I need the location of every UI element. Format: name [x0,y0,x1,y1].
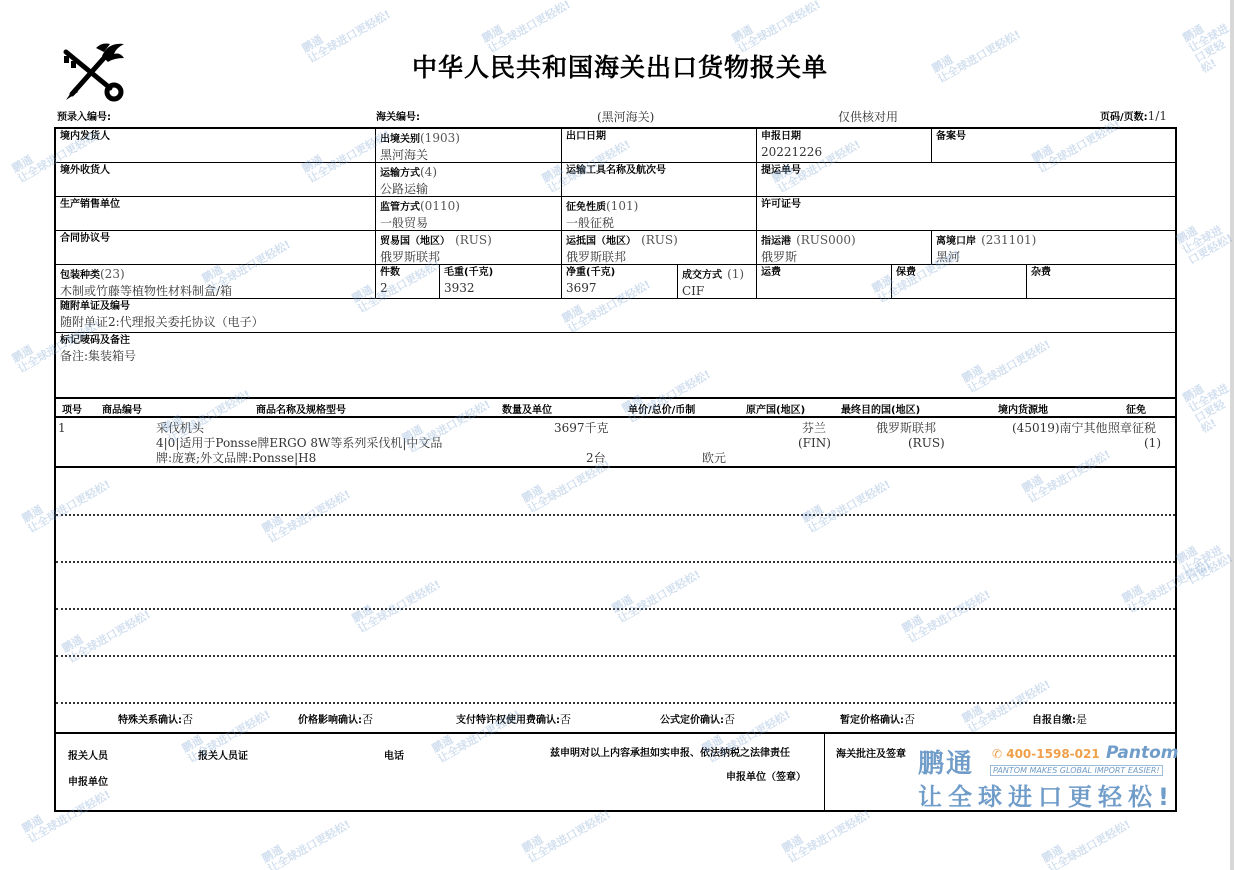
customs-number: 海关编号: [376,108,420,123]
brand-cn-name: 鹏通 [918,743,974,780]
watermark: 鹏通让全球进口更轻松! [1181,12,1234,76]
insurance-cell: 保费 [892,265,1027,299]
goods-name: 采伐机头 [156,421,204,436]
empty-row-divider [56,514,1175,516]
currency: 欧元 [702,451,726,466]
brand-tagline: PANTOM MAKES GLOBAL IMPORT EASIER! [990,765,1163,776]
supervision-cell: 监管方式(0110) 一般贸易 [376,197,562,231]
col-source: 境内货源地 [998,401,1048,416]
empty-row-divider [56,702,1175,704]
col-levy: 征免 [1126,401,1146,416]
brand-slogan: 让全球进口更轻松! [918,777,1175,812]
gross-weight-cell: 毛重(千克) 3932 [440,265,562,299]
brand-phone: ✆ 400-1598-021 [992,747,1100,761]
transport-name-cell: 运输工具名称及航次号 [562,163,757,197]
dest-country-cell: 运抵国（地区） (RUS) 俄罗斯联邦 [562,231,757,265]
col-name-spec: 商品名称及规格型号 [256,401,346,416]
origin-code: (FIN) [798,436,831,451]
customs-emblem-icon [58,38,128,102]
empty-row-divider [56,608,1175,610]
license-no-cell: 许可证号 [757,197,1175,231]
origin: 芬兰 [802,421,826,436]
confirm-self-pay: 自报自缴:是 [1032,711,1087,727]
col-item-no: 项号 [62,401,82,416]
exit-customs-cell: 出境关别(1903) 黑河海关 [376,129,562,163]
deal-mode-cell: 成交方式 (1) CIF [678,265,757,299]
transport-mode-cell: 运输方式(4) 公路运输 [376,163,562,197]
final-dest-code: (RUS) [908,436,945,451]
attached-docs-cell: 随附单证及编号 随附单证2:代理报关委托协议（电子） [56,299,1175,333]
table-header-divider [56,416,1175,418]
net-weight-cell: 净重(千克) 3697 [562,265,678,299]
confirm-royalty: 支付特许权使用费确认:否 [456,711,571,727]
item-no: 1 [58,421,66,436]
goods-spec-line2: 牌:庞赛;外文品牌:Ponsse|H8 [156,451,316,466]
empty-row-divider [56,655,1175,657]
export-date-cell: 出口日期 [562,129,757,163]
marks-cell: 标记唛码及备注 备注:集装箱号 [56,333,1175,399]
declarant-unit-label: 申报单位 [68,773,108,788]
overseas-consignee-cell: 境外收货人 [56,163,376,197]
pieces-cell: 件数 2 [376,265,440,299]
watermark: 鹏通让全球进口更轻松! [1175,209,1234,267]
pre-entry-number: 预录入编号: [57,108,111,123]
levy-code: (1) [1144,436,1161,451]
col-price: 单价/总价/币制 [628,401,695,416]
declaration-form: 境内发货人 出境关别(1903) 黑河海关 出口日期 申报日期 20221226… [54,127,1177,812]
dest-port-cell: 指运港 (RUS000) 俄罗斯 [757,231,932,265]
row-divider [56,466,1175,468]
col-hs-code: 商品编号 [102,401,142,416]
levy: 照章征税 [1108,421,1156,436]
col-final-dest: 最终目的国(地区) [841,401,920,416]
col-quantity: 数量及单位 [502,401,552,416]
source: (45019)南宁其他 [1012,421,1108,436]
confirm-special-relation: 特殊关系确认:否 [118,711,193,727]
confirm-formula-pricing: 公式定价确认:否 [660,711,735,727]
declare-date-cell: 申报日期 20221226 [757,129,932,163]
watermark: 鹏通让全球进口更轻松! [1175,529,1234,587]
phone-icon: ✆ [992,747,1006,761]
record-no-cell: 备案号 [932,129,1175,163]
producer-cell: 生产销售单位 [56,197,376,231]
misc-fee-cell: 杂费 [1027,265,1175,299]
contract-no-cell: 合同协议号 [56,231,376,265]
trade-country-cell: 贸易国（地区） (RUS) 俄罗斯联邦 [376,231,562,265]
empty-row-divider [56,561,1175,563]
col-origin: 原产国(地区) [746,401,805,416]
customs-office: (黑河海关) [597,108,654,125]
customs-note-label: 海关批注及签章 [836,745,906,760]
brand-en-name: Pantom [1106,743,1178,763]
watermark: 鹏通让全球进口更轻松! [1181,372,1234,436]
broker-cert-label: 报关人员证 [198,747,248,762]
watermark: 鹏通让全球进口更轻松! [930,18,1023,85]
freight-cell: 运费 [757,265,892,299]
page-edge [1230,0,1234,870]
watermark: 鹏通让全球进口更轻松! [260,808,353,870]
statement: 兹申明对以上内容承担如实申报、依法纳税之法律责任 [550,744,790,759]
pantom-brand-stamp: 鹏通 ✆ 400-1598-021 Pantom PANTOM MAKES GL… [918,743,1178,813]
confirm-provisional-price: 暂定价格确认:否 [840,711,915,727]
broker-label: 报关人员 [68,747,108,762]
domestic-shipper-cell: 境内发货人 [56,129,376,163]
quantity-2: 2台 [586,451,606,466]
quantity-1: 3697千克 [554,421,609,436]
levy-nature-cell: 征免性质(101) 一般征税 [562,197,757,231]
goods-spec-line1: 4|0|适用于Ponsse牌ERGO 8W等系列采伐机|中文品 [156,436,442,451]
page-number: 页码/页数:1/1 [1100,108,1167,123]
declarant-seal-label: 申报单位（签章） [726,768,806,783]
package-type-cell: 包装种类(23) 木制或竹藤等植物性材料制盒/箱 [56,265,376,299]
bill-no-cell: 提运单号 [757,163,1175,197]
final-dest: 俄罗斯联邦 [876,421,936,436]
verify-note: 仅供核对用 [838,108,898,125]
phone-label: 电话 [384,747,404,762]
signature-divider [56,732,1175,734]
exit-port-cell: 离境口岸 (231101) 黑河 [932,231,1175,265]
signature-vertical-divider [824,733,825,810]
page-title: 中华人民共和国海关出口货物报关单 [360,48,880,84]
confirm-price-impact: 价格影响确认:否 [298,711,373,727]
watermark: 鹏通让全球进口更轻松! [1040,808,1133,870]
